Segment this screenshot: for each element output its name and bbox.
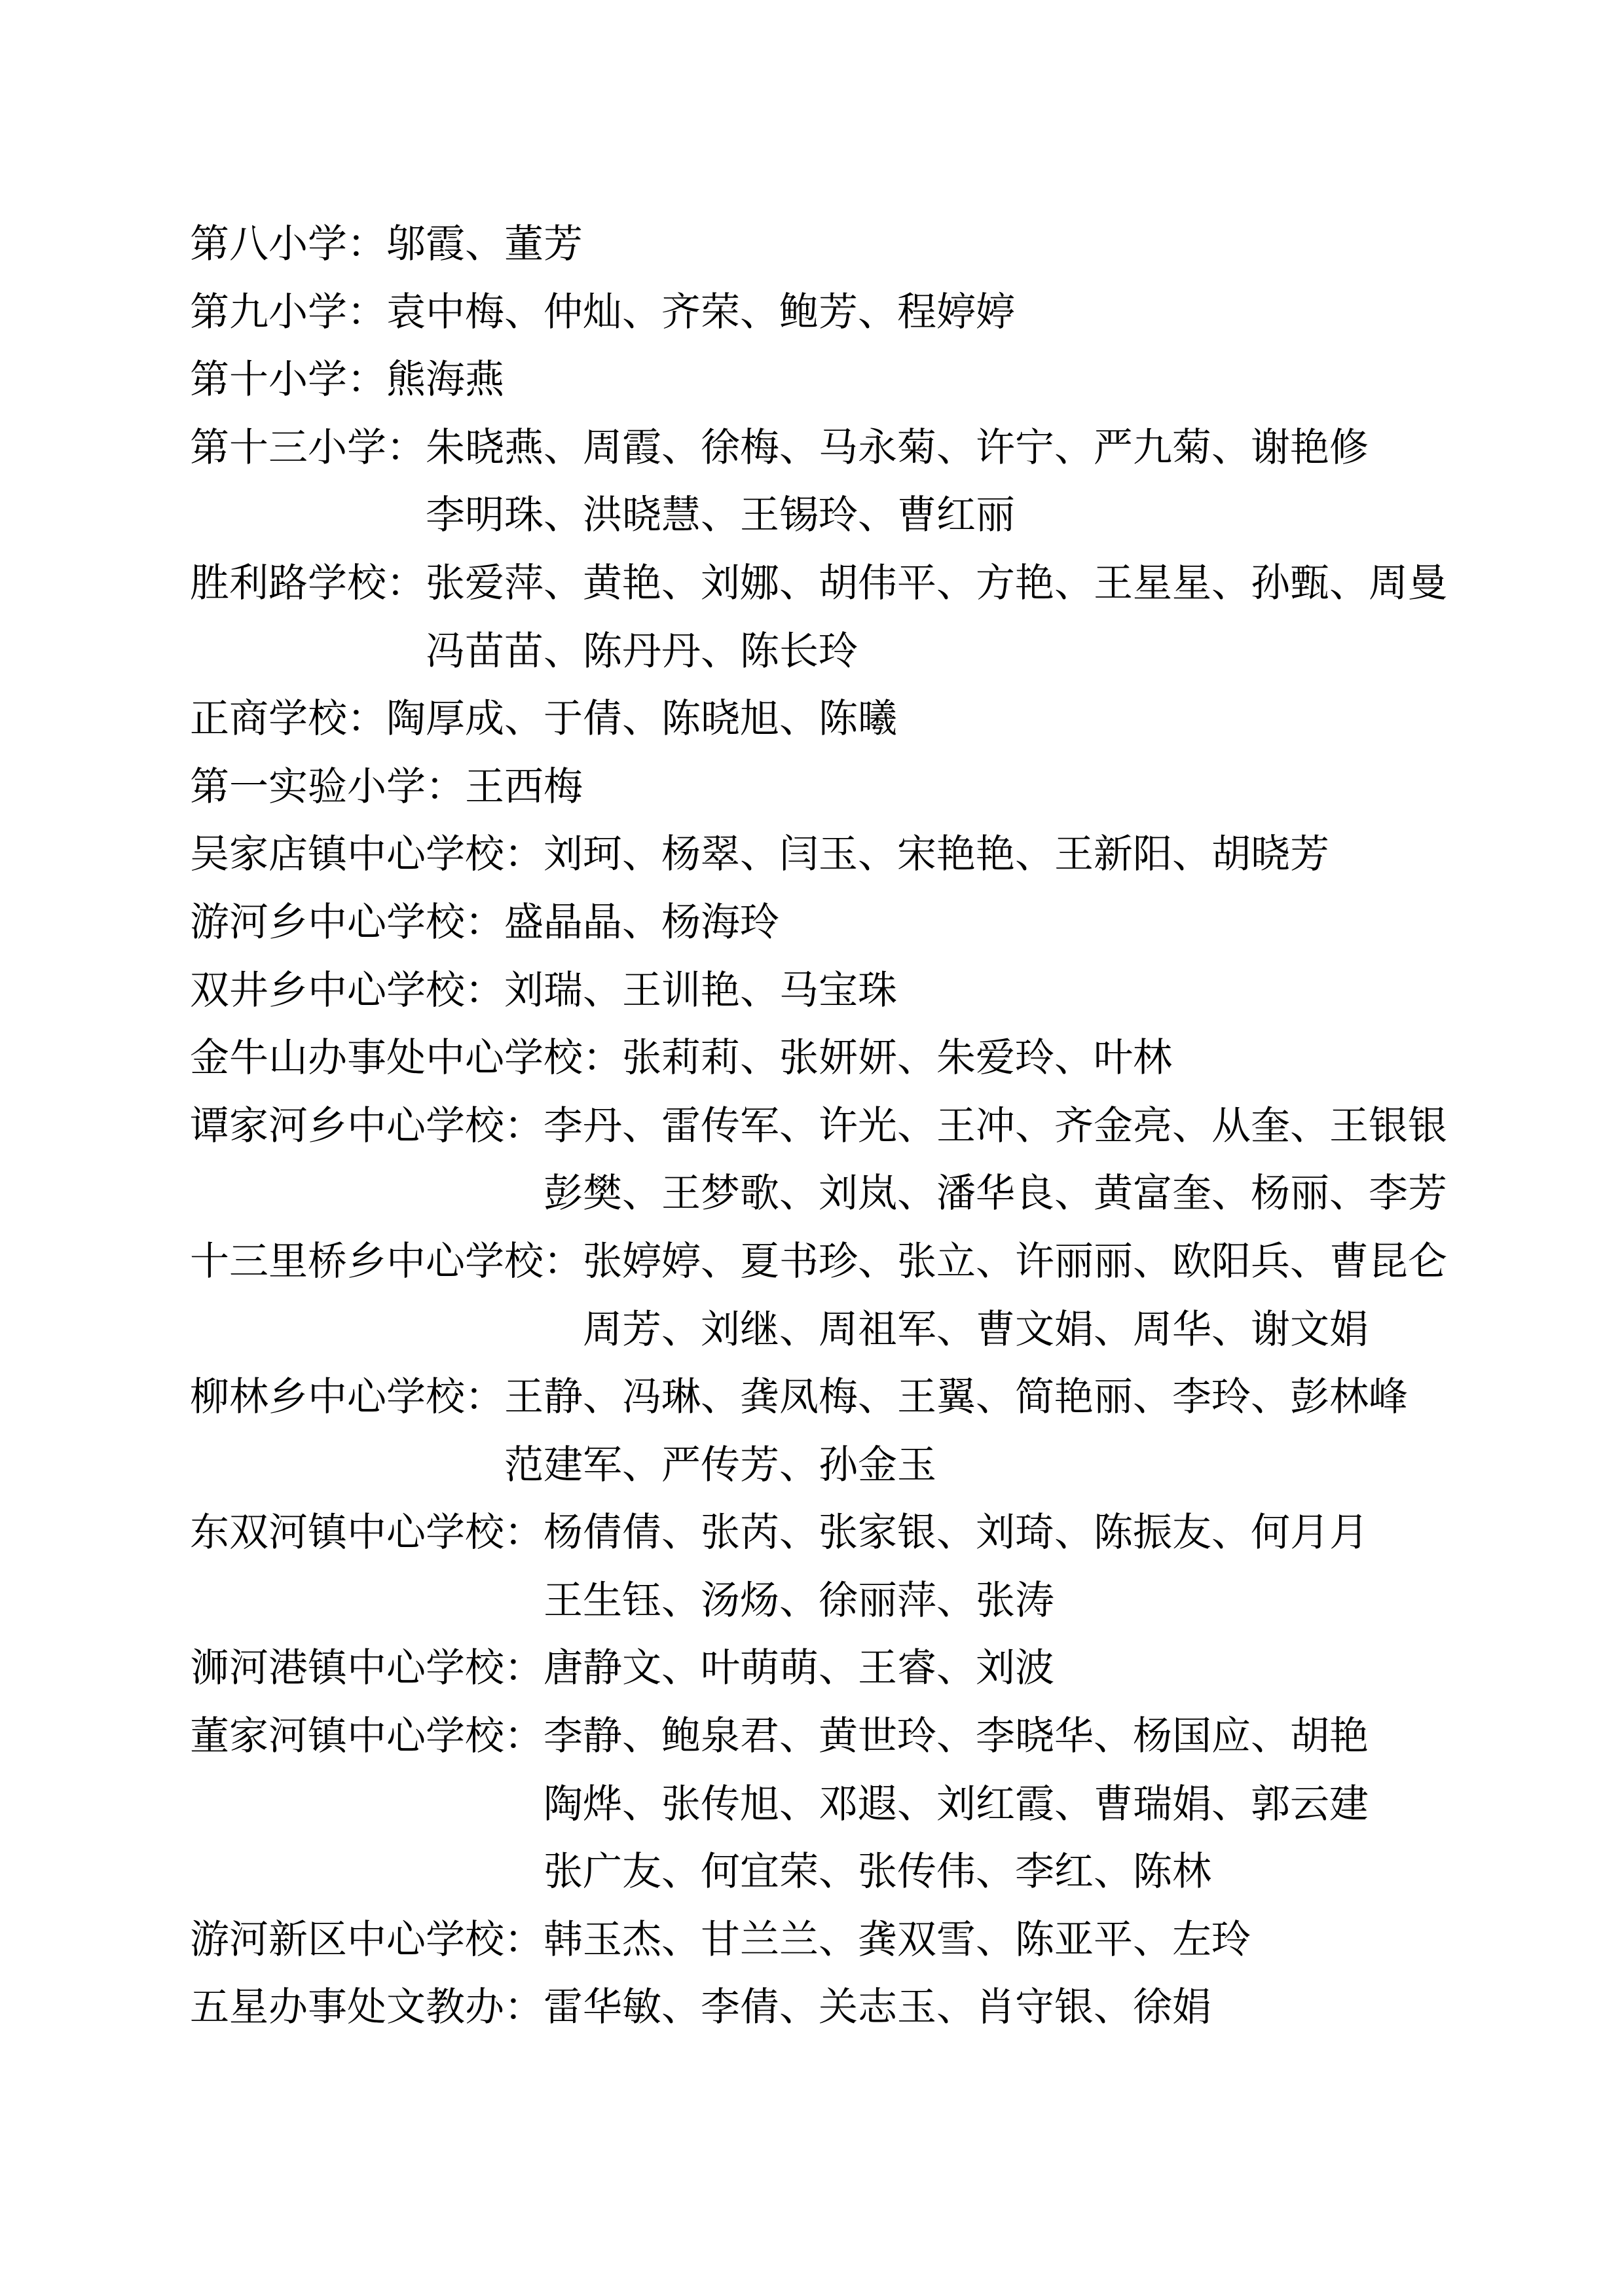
document-line: 金牛山办事处中心学校：张莉莉、张妍妍、朱爱玲、叶林	[190, 1025, 1473, 1093]
document-line: 第十三小学：朱晓燕、周霞、徐梅、马永菊、许宁、严九菊、谢艳修	[190, 414, 1473, 483]
document-page: 第八小学：邬霞、董芳第九小学：袁中梅、仲灿、齐荣、鲍芳、程婷婷第十小学：熊海燕第…	[0, 0, 1624, 2296]
document-line: 第九小学：袁中梅、仲灿、齐荣、鲍芳、程婷婷	[190, 279, 1473, 347]
document-line: 谭家河乡中心学校：李丹、雷传军、许光、王冲、齐金亮、从奎、王银银	[190, 1093, 1473, 1161]
document-line: 陶烨、张传旭、邓遐、刘红霞、曹瑞娟、郭云建	[190, 1771, 1473, 1839]
document-line: 五星办事处文教办：雷华敏、李倩、关志玉、肖守银、徐娟	[190, 1974, 1473, 2042]
document-line: 十三里桥乡中心学校：张婷婷、夏书珍、张立、许丽丽、欧阳兵、曹昆仑	[190, 1228, 1473, 1296]
document-line: 彭樊、王梦歌、刘岚、潘华良、黄富奎、杨丽、李芳	[190, 1160, 1473, 1228]
document-line: 第八小学：邬霞、董芳	[190, 211, 1473, 279]
document-line: 董家河镇中心学校：李静、鲍泉君、黄世玲、李晓华、杨国应、胡艳	[190, 1703, 1473, 1771]
document-line: 李明珠、洪晓慧、王锡玲、曹红丽	[190, 482, 1473, 550]
document-line: 冯苗苗、陈丹丹、陈长玲	[190, 618, 1473, 686]
document-line: 东双河镇中心学校：杨倩倩、张芮、张家银、刘琦、陈振友、何月月	[190, 1499, 1473, 1567]
document-line: 吴家店镇中心学校：刘珂、杨翠、闫玉、宋艳艳、王新阳、胡晓芳	[190, 821, 1473, 889]
document-line: 柳林乡中心学校：王静、冯琳、龚凤梅、王翼、简艳丽、李玲、彭林峰	[190, 1364, 1473, 1432]
document-line: 正商学校：陶厚成、于倩、陈晓旭、陈曦	[190, 685, 1473, 754]
document-body: 第八小学：邬霞、董芳第九小学：袁中梅、仲灿、齐荣、鲍芳、程婷婷第十小学：熊海燕第…	[190, 211, 1473, 2042]
document-line: 游河乡中心学校：盛晶晶、杨海玲	[190, 889, 1473, 957]
document-line: 王生钰、汤炀、徐丽萍、张涛	[190, 1567, 1473, 1635]
document-line: 胜利路学校：张爱萍、黄艳、刘娜、胡伟平、方艳、王星星、孙甄、周曼	[190, 550, 1473, 618]
document-line: 游河新区中心学校：韩玉杰、甘兰兰、龚双雪、陈亚平、左玲	[190, 1906, 1473, 1975]
document-line: 范建军、严传芳、孙金玉	[190, 1432, 1473, 1500]
document-line: 浉河港镇中心学校：唐静文、叶萌萌、王睿、刘波	[190, 1635, 1473, 1703]
document-line: 周芳、刘继、周祖军、曹文娟、周华、谢文娟	[190, 1296, 1473, 1364]
document-line: 第十小学：熊海燕	[190, 346, 1473, 414]
document-line: 张广友、何宜荣、张传伟、李红、陈林	[190, 1838, 1473, 1906]
document-line: 双井乡中心学校：刘瑞、王训艳、马宝珠	[190, 957, 1473, 1025]
document-line: 第一实验小学：王西梅	[190, 754, 1473, 822]
